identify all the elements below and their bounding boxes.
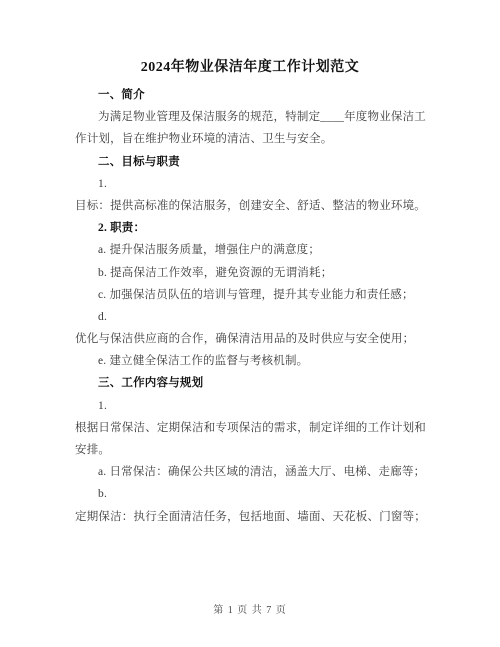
- section-heading-goals: 二、目标与职责: [75, 151, 425, 173]
- list-item-d: d.: [75, 306, 425, 328]
- section-heading-work-content: 三、工作内容与规划: [75, 372, 425, 394]
- paragraph-line: 为满足物业管理及保洁服务的规范，特制定____年度物业保洁工: [75, 106, 425, 128]
- paragraph-line: 目标：提供高标准的保洁服务，创建安全、舒适、整洁的物业环境。: [75, 195, 425, 217]
- section-heading-intro: 一、简介: [75, 84, 425, 106]
- document-title: 2024年物业保洁年度工作计划范文: [75, 56, 425, 80]
- page-number-footer: 第 1 页 共 7 页: [0, 601, 500, 616]
- list-item-a-daily: a. 日常保洁：确保公共区域的清洁，涵盖大厅、电梯、走廊等；: [75, 461, 425, 483]
- paragraph-line: 优化与保洁供应商的合作，确保清洁用品的及时供应与安全使用；: [75, 328, 425, 350]
- paragraph-line: 安排。: [75, 439, 425, 461]
- list-item-e: e. 建立健全保洁工作的监督与考核机制。: [75, 350, 425, 372]
- paragraph-line: 作计划，旨在维护物业环境的清洁、卫生与安全。: [75, 128, 425, 150]
- list-number-line: 1.: [75, 173, 425, 195]
- list-number-line: 1.: [75, 395, 425, 417]
- list-item-b: b. 提高保洁工作效率，避免资源的无谓消耗；: [75, 262, 425, 284]
- subheading-duties: 2. 职责：: [75, 217, 425, 239]
- paragraph-line: 定期保洁：执行全面清洁任务，包括地面、墙面、天花板、门窗等；: [75, 506, 425, 528]
- document-body: 2024年物业保洁年度工作计划范文 一、简介 为满足物业管理及保洁服务的规范，特…: [75, 56, 425, 528]
- list-item-a: a. 提升保洁服务质量，增强住户的满意度；: [75, 239, 425, 261]
- list-item-b-periodic: b.: [75, 483, 425, 505]
- paragraph-line: 根据日常保洁、定期保洁和专项保洁的需求，制定详细的工作计划和: [75, 417, 425, 439]
- document-page: 2024年物业保洁年度工作计划范文 一、简介 为满足物业管理及保洁服务的规范，特…: [0, 0, 500, 647]
- list-item-c: c. 加强保洁员队伍的培训与管理，提升其专业能力和责任感；: [75, 284, 425, 306]
